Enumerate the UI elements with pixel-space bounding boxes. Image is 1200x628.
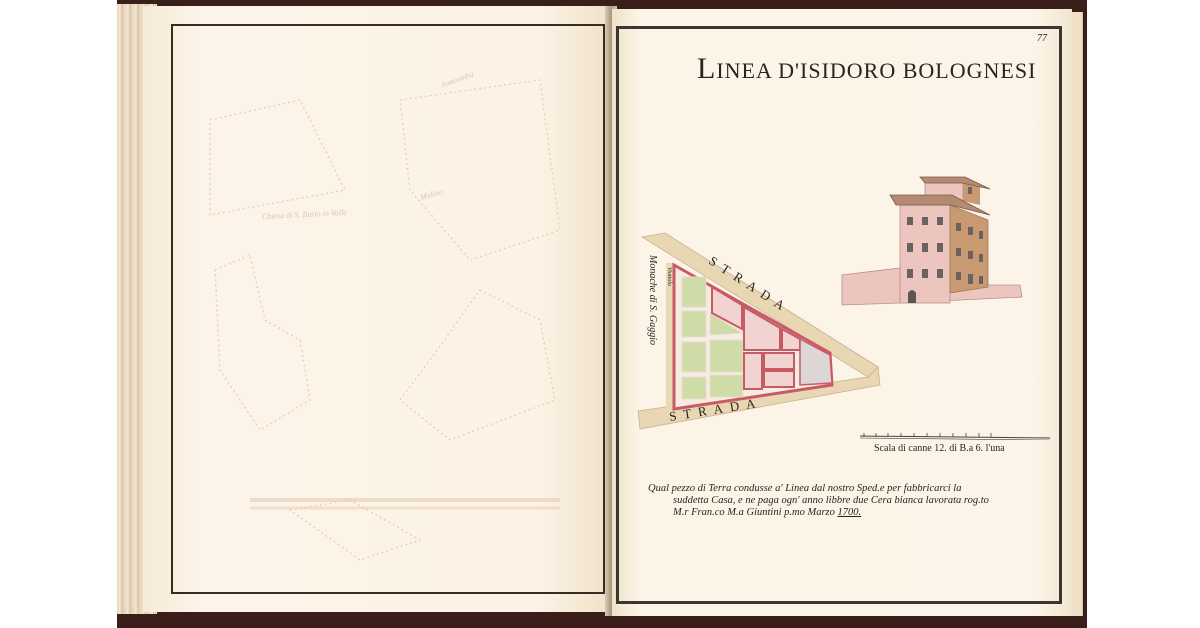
scale-bar xyxy=(860,432,1050,440)
caption-line-3: M.r Fran.co M.a Giuntini p.mo Marzo 1700… xyxy=(648,507,1028,519)
title-text: INEA D'ISIDORO BOLOGNESI xyxy=(716,58,1036,83)
deed-caption: Qual pezzo di Terra condusse a' Linea da… xyxy=(648,483,1028,519)
caption-line-3-text: M.r Fran.co M.a Giuntini p.mo Marzo xyxy=(673,507,835,518)
page-title: LINEA D'ISIDORO BOLOGNESI xyxy=(697,52,1036,86)
caption-line-2: suddetta Casa, e ne paga ogn' anno libbr… xyxy=(648,495,1028,507)
lane-label: Viottolo xyxy=(666,267,672,286)
caption-year: 1700. xyxy=(838,507,862,518)
house-elevation-drawing xyxy=(840,175,1030,315)
folio-number: 77 xyxy=(1037,33,1047,44)
scale-label: Scala di canne 12. di B.a 6. l'una xyxy=(874,443,1005,454)
boundary-label-monache: Monache di S. Gaggio xyxy=(647,254,658,345)
title-initial: L xyxy=(697,52,716,85)
right-page-edge xyxy=(1072,12,1083,616)
caption-line-1: Qual pezzo di Terra condusse a' Linea da… xyxy=(648,483,1028,495)
